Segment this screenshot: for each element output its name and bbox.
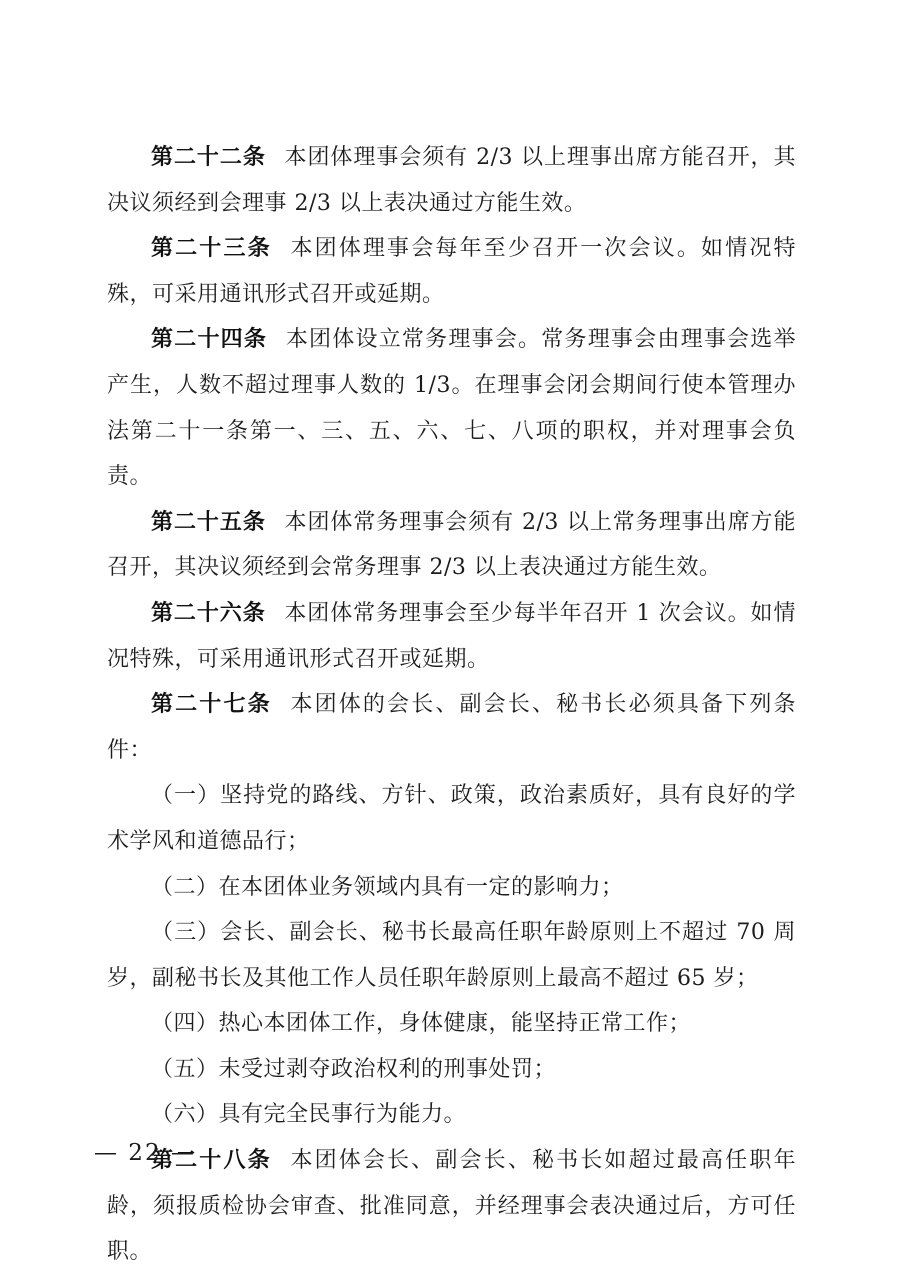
article-number: 第二十二条 xyxy=(151,144,266,170)
article-number: 第二十五条 xyxy=(151,509,266,535)
paragraph: 第二十五条本团体常务理事会须有 2/3 以上常务理事出席方能召开，其决议须经到会… xyxy=(107,500,796,591)
paragraph: （五）未受过剥夺政治权利的刑事处罚； xyxy=(107,1047,796,1093)
paragraph-text: （四）热心本团体工作，身体健康，能坚持正常工作； xyxy=(151,1011,691,1036)
paragraph-text: （一）坚持党的路线、方针、政策，政治素质好，具有良好的学术学风和道德品行； xyxy=(107,783,796,854)
paragraph: （一）坚持党的路线、方针、政策，政治素质好，具有良好的学术学风和道德品行； xyxy=(107,773,796,864)
paragraph: 第二十四条本团体设立常务理事会。常务理事会由理事会选举产生，人数不超过理事人数的… xyxy=(107,317,796,499)
paragraph: 第二十二条本团体理事会须有 2/3 以上理事出席方能召开，其决议须经到会理事 2… xyxy=(107,135,796,226)
page-number: — 22 — xyxy=(94,1140,196,1166)
article-number: 第二十七条 xyxy=(151,691,272,717)
paragraph-text: （二）在本团体业务领域内具有一定的影响力； xyxy=(151,875,624,900)
paragraph: 第二十八条本团体会长、副会长、秘书长如超过最高任职年龄，须报质检协会审查、批准同… xyxy=(107,1138,796,1273)
paragraph-text: （三）会长、副会长、秘书长最高任职年龄原则上不超过 70 周岁，副秘书长及其他工… xyxy=(107,920,796,991)
paragraph-text: （五）未受过剥夺政治权利的刑事处罚； xyxy=(151,1057,556,1082)
document-body: 第二十二条本团体理事会须有 2/3 以上理事出席方能召开，其决议须经到会理事 2… xyxy=(107,135,796,1273)
article-number: 第二十四条 xyxy=(151,326,267,352)
document-page: 第二十二条本团体理事会须有 2/3 以上理事出席方能召开，其决议须经到会理事 2… xyxy=(0,0,900,1273)
paragraph: （三）会长、副会长、秘书长最高任职年龄原则上不超过 70 周岁，副秘书长及其他工… xyxy=(107,910,796,1001)
article-number: 第二十三条 xyxy=(151,235,272,261)
paragraph: （四）热心本团体工作，身体健康，能坚持正常工作； xyxy=(107,1001,796,1047)
page-footer: — 22 — xyxy=(94,1136,196,1170)
paragraph: 第二十七条本团体的会长、副会长、秘书长必须具备下列条件： xyxy=(107,682,796,773)
paragraph: （六）具有完全民事行为能力。 xyxy=(107,1092,796,1138)
paragraph: 第二十三条本团体理事会每年至少召开一次会议。如情况特殊，可采用通讯形式召开或延期… xyxy=(107,226,796,317)
paragraph: 第二十六条本团体常务理事会至少每半年召开 1 次会议。如情况特殊，可采用通讯形式… xyxy=(107,591,796,682)
paragraph: （二）在本团体业务领域内具有一定的影响力； xyxy=(107,865,796,911)
paragraph-text: （六）具有完全民事行为能力。 xyxy=(151,1102,466,1127)
article-number: 第二十六条 xyxy=(151,600,266,626)
